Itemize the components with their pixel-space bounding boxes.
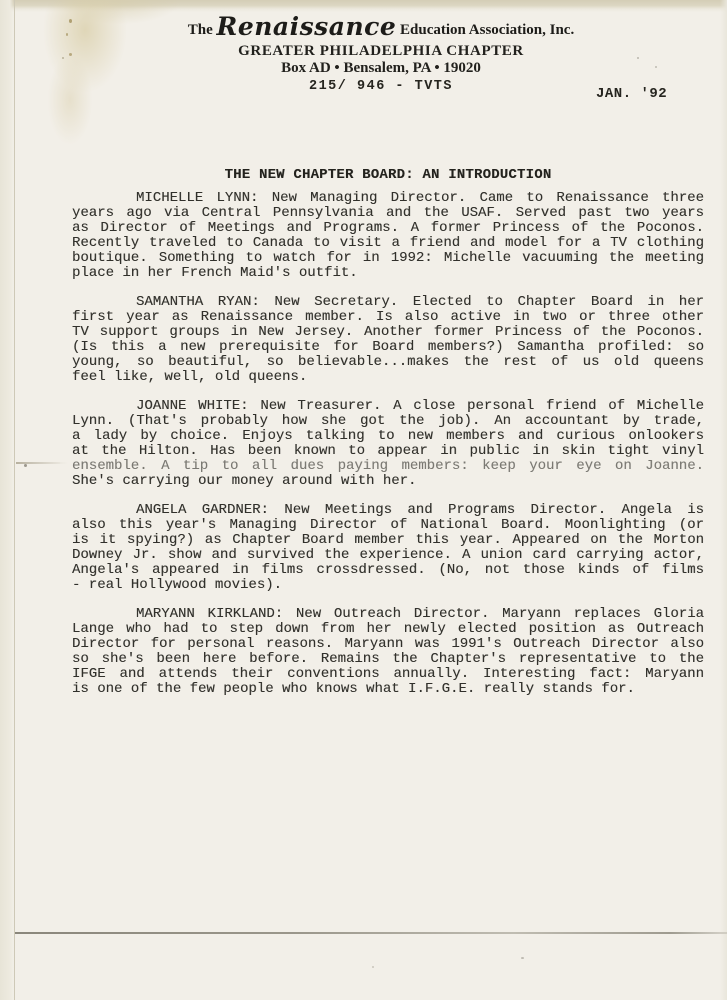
scan-right-edge (720, 0, 727, 1000)
text-line: MICHELLE LYNN: New Managing Director. Ca… (72, 191, 704, 206)
letterhead: The Renaissance Education Association, I… (36, 13, 726, 94)
text-line: Downey Jr. show and survived the experie… (72, 548, 704, 563)
text-line: a lady by choice. Enjoys talking to new … (72, 429, 704, 444)
paragraph: JOANNE WHITE: New Treasurer. A close per… (72, 399, 704, 489)
text-line: first year as Renaissance member. Is als… (72, 310, 704, 325)
text-line: young, so beautiful, so believable...mak… (72, 355, 704, 370)
text-line: (Is this a new prerequisite for Board me… (72, 340, 704, 355)
text-line: Recently traveled to Canada to visit a f… (72, 236, 704, 251)
date-stamp: JAN. '92 (596, 86, 667, 102)
scan-left-edge (0, 0, 15, 1000)
org-suffix: Education Association, Inc. (400, 22, 574, 38)
text-line: boutique. Something to watch for in 1992… (72, 251, 704, 266)
text-line: Director for personal reasons. Maryann w… (72, 637, 704, 652)
text-line: feel like, well, old queens. (72, 370, 704, 385)
org-script-name: Renaissance (217, 12, 397, 41)
text-line: so she's been here before. Remains the C… (72, 652, 704, 667)
text-line: Lange who had to step down from her newl… (72, 622, 704, 637)
text-line: SAMANTHA RYAN: New Secretary. Elected to… (72, 295, 704, 310)
text-line: IFGE and attends their conventions annua… (72, 667, 704, 682)
paragraph: MARYANN KIRKLAND: New Outreach Director.… (72, 607, 704, 697)
text-line: MARYANN KIRKLAND: New Outreach Director.… (72, 607, 704, 622)
paragraph: ANGELA GARDNER: New Meetings and Program… (72, 503, 704, 593)
paper-speck (372, 966, 374, 968)
text-line: Lynn. (That's probably how she got the j… (72, 414, 704, 429)
org-name-line: The Renaissance Education Association, I… (36, 13, 726, 43)
address-line: Box AD • Bensalem, PA • 19020 (36, 60, 726, 76)
text-line: is one of the few people who knows what … (72, 682, 704, 697)
org-prefix: The (188, 22, 213, 38)
text-line: years ago via Central Pennsylvania and t… (72, 206, 704, 221)
text-line: ANGELA GARDNER: New Meetings and Program… (72, 503, 704, 518)
text-line: is it spying?) as Chapter Board member t… (72, 533, 704, 548)
text-line: - real Hollywood movies). (72, 578, 704, 593)
paper-speck (521, 957, 524, 959)
chapter-line: GREATER PHILADELPHIA CHAPTER (36, 43, 726, 60)
text-line: Angela's appeared in films crossdressed.… (72, 563, 704, 578)
paper-speck (24, 464, 27, 467)
scan-fade-band (60, 456, 720, 472)
text-line: She's carrying our money around with her… (72, 474, 704, 489)
crease-line (15, 932, 727, 934)
text-line: JOANNE WHITE: New Treasurer. A close per… (72, 399, 704, 414)
article: THE NEW CHAPTER BOARD: AN INTRODUCTION M… (72, 168, 704, 697)
paragraph: MICHELLE LYNN: New Managing Director. Ca… (72, 191, 704, 281)
text-line: TV support groups in New Jersey. Another… (72, 325, 704, 340)
text-line: also this year's Managing Director of Na… (72, 518, 704, 533)
article-body: MICHELLE LYNN: New Managing Director. Ca… (72, 191, 704, 697)
text-line: place in her French Maid's outfit. (72, 266, 704, 281)
paragraph: SAMANTHA RYAN: New Secretary. Elected to… (72, 295, 704, 385)
article-title: THE NEW CHAPTER BOARD: AN INTRODUCTION (72, 168, 704, 183)
text-line: as Director of Meetings and Programs. A … (72, 221, 704, 236)
scanned-document-page: The Renaissance Education Association, I… (0, 0, 727, 1000)
